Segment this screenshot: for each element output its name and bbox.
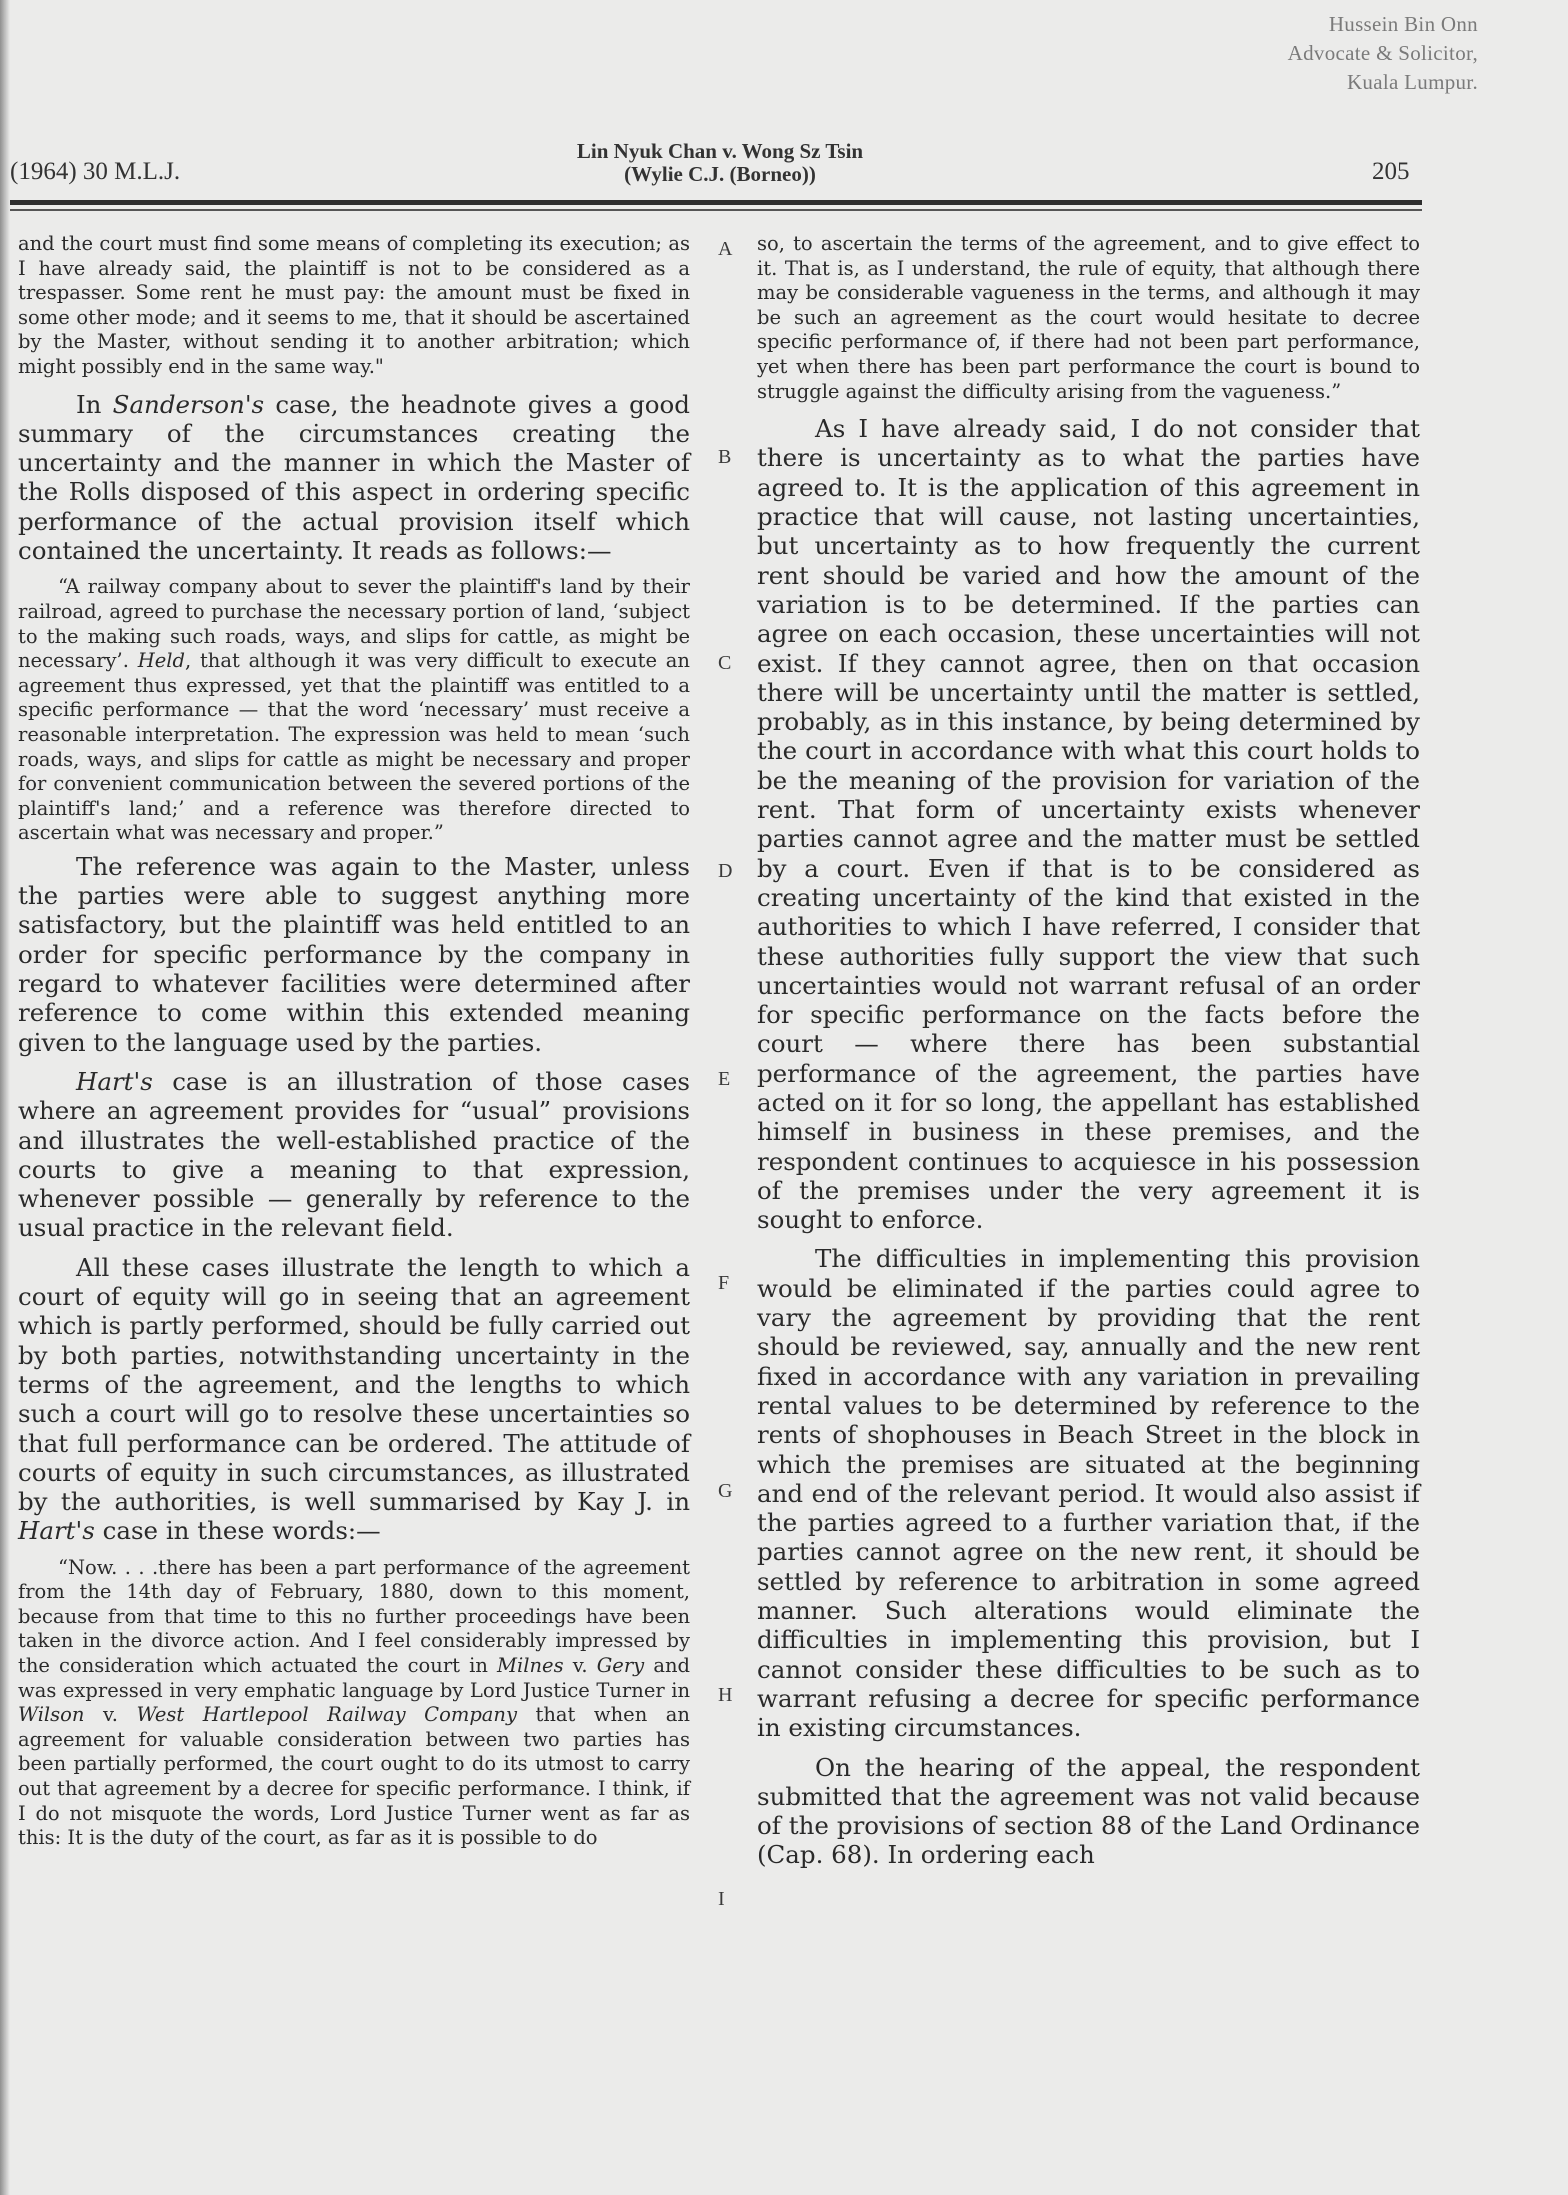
case-title: Lin Nyuk Chan v. Wong Sz Tsin xyxy=(520,140,920,163)
paragraph-uncertainty: As I have already said, I do not conside… xyxy=(757,414,1420,1234)
page-edge-shadow xyxy=(0,0,10,2195)
margin-letter-e: E xyxy=(718,1068,730,1091)
right-column: so, to ascertain the terms of the agreem… xyxy=(757,232,1420,1870)
page-number: 205 xyxy=(1372,158,1410,186)
stamp-title: Advocate & Solicitor, xyxy=(1288,39,1478,68)
owner-stamp: Hussein Bin Onn Advocate & Solicitor, Ku… xyxy=(1288,10,1478,97)
margin-letter-c: C xyxy=(718,652,731,675)
margin-letter-a: A xyxy=(718,238,732,261)
margin-letter-f: F xyxy=(718,1272,729,1295)
margin-letter-b: B xyxy=(718,446,731,469)
margin-letter-d: D xyxy=(718,860,732,883)
case-name: Hart's xyxy=(18,1516,95,1545)
case-name: Hart's xyxy=(76,1067,153,1096)
paragraph-sanderson: In Sanderson's case, the headnote gives … xyxy=(18,390,690,566)
margin-letter-g: G xyxy=(718,1480,732,1503)
stamp-location: Kuala Lumpur. xyxy=(1288,68,1478,97)
journal-citation: (1964) 30 M.L.J. xyxy=(10,158,180,186)
paragraph-all-these-cases: All these cases illustrate the length to… xyxy=(18,1253,690,1546)
case-name: Sanderson's xyxy=(113,390,264,419)
margin-letter-h: H xyxy=(718,1684,732,1707)
judge-name: (Wylie C.J. (Borneo)) xyxy=(520,163,920,186)
paragraph-harts-case: Hart's case is an illustration of those … xyxy=(18,1067,690,1243)
quote-headnote: “A railway company about to sever the pl… xyxy=(18,575,690,846)
paragraph-difficulties: The difficulties in implementing this pr… xyxy=(757,1244,1420,1742)
quote-continuation: and the court must find some means of co… xyxy=(18,232,690,380)
running-head: Lin Nyuk Chan v. Wong Sz Tsin (Wylie C.J… xyxy=(520,140,920,186)
left-column: and the court must find some means of co… xyxy=(18,232,690,1851)
paragraph-hearing-of-appeal: On the hearing of the appeal, the respon… xyxy=(757,1753,1420,1870)
quote-continuation-right: so, to ascertain the terms of the agreem… xyxy=(757,232,1420,404)
header-rule-thick xyxy=(10,200,1422,205)
stamp-name: Hussein Bin Onn xyxy=(1288,10,1478,39)
margin-letter-i: I xyxy=(718,1888,725,1911)
paragraph-reference: The reference was again to the Master, u… xyxy=(18,852,690,1057)
held: Held xyxy=(138,649,185,672)
header-rule-thin xyxy=(10,209,1422,211)
quote-kay-j: “Now. . . .there has been a part perform… xyxy=(18,1556,690,1851)
